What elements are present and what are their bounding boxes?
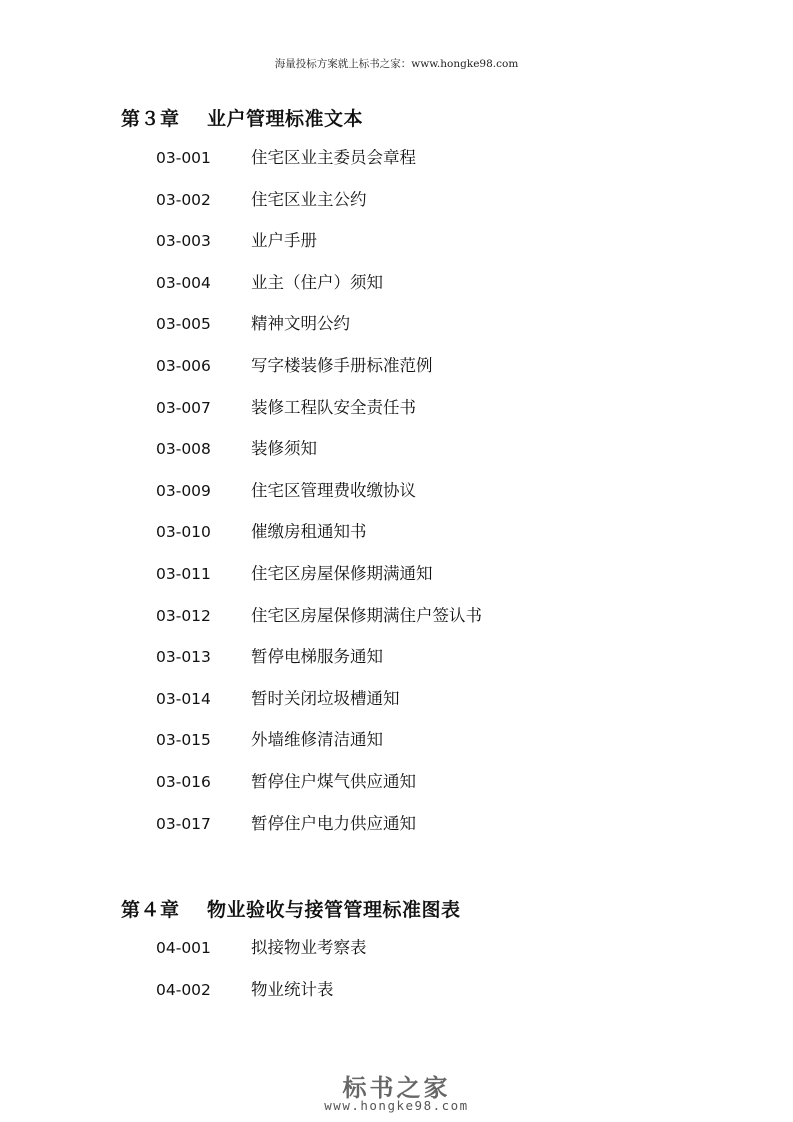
- list-item: 03-016暂停住户煤气供应通知: [156, 770, 416, 794]
- item-code: 03-007: [156, 396, 251, 420]
- item-title: 暂时关闭垃圾槽通知: [251, 689, 400, 708]
- item-code: 03-001: [156, 146, 251, 170]
- list-item: 03-006写字楼装修手册标准范例: [156, 354, 433, 378]
- chapter-number: 第３章: [121, 104, 207, 131]
- item-title: 住宅区房屋保修期满通知: [251, 564, 433, 583]
- list-item: 03-008装修须知: [156, 437, 317, 461]
- list-item: 04-002物业统计表: [156, 978, 334, 1002]
- item-code: 03-017: [156, 812, 251, 836]
- item-code: 03-002: [156, 188, 251, 212]
- list-item: 03-013暂停电梯服务通知: [156, 645, 383, 669]
- item-code: 03-012: [156, 604, 251, 628]
- item-title: 写字楼装修手册标准范例: [251, 356, 433, 375]
- item-code: 03-005: [156, 312, 251, 336]
- item-title: 住宅区房屋保修期满住户签认书: [251, 606, 482, 625]
- item-title: 拟接物业考察表: [251, 938, 367, 957]
- item-code: 03-013: [156, 645, 251, 669]
- item-code: 03-003: [156, 229, 251, 253]
- list-item: 03-011住宅区房屋保修期满通知: [156, 562, 433, 586]
- item-code: 04-002: [156, 978, 251, 1002]
- item-title: 物业统计表: [251, 980, 334, 999]
- item-code: 03-010: [156, 520, 251, 544]
- item-title: 装修须知: [251, 439, 317, 458]
- page-header-watermark: 海量投标方案就上标书之家：www.hongke98.com: [0, 56, 793, 71]
- list-item: 03-002住宅区业主公约: [156, 188, 367, 212]
- item-title: 住宅区管理费收缴协议: [251, 481, 416, 500]
- list-item: 03-004业主（住户）须知: [156, 271, 383, 295]
- item-code: 03-011: [156, 562, 251, 586]
- list-item: 03-012住宅区房屋保修期满住户签认书: [156, 604, 482, 628]
- item-title: 精神文明公约: [251, 314, 350, 333]
- item-title: 催缴房租通知书: [251, 522, 367, 541]
- item-code: 03-015: [156, 728, 251, 752]
- item-title: 住宅区业主公约: [251, 190, 367, 209]
- item-title: 业主（住户）须知: [251, 273, 383, 292]
- item-title: 业户手册: [251, 231, 317, 250]
- item-code: 03-006: [156, 354, 251, 378]
- item-code: 03-009: [156, 479, 251, 503]
- chapter-title: 业户管理标准文本: [207, 108, 363, 130]
- item-code: 04-001: [156, 936, 251, 960]
- list-item: 03-010催缴房租通知书: [156, 520, 367, 544]
- item-title: 装修工程队安全责任书: [251, 398, 416, 417]
- item-title: 暂停住户电力供应通知: [251, 814, 416, 833]
- list-item: 03-005精神文明公约: [156, 312, 350, 336]
- list-item: 03-007装修工程队安全责任书: [156, 396, 416, 420]
- footer-url: www.hongke98.com: [0, 1098, 793, 1113]
- chapter-3-heading: 第３章业户管理标准文本: [121, 104, 363, 131]
- list-item: 03-009住宅区管理费收缴协议: [156, 479, 416, 503]
- list-item: 03-003业户手册: [156, 229, 317, 253]
- chapter-4-heading: 第４章物业验收与接管管理标准图表: [121, 895, 461, 922]
- chapter-title: 物业验收与接管管理标准图表: [207, 899, 461, 921]
- item-code: 03-014: [156, 687, 251, 711]
- list-item: 03-015外墙维修清洁通知: [156, 728, 383, 752]
- chapter-number: 第４章: [121, 895, 207, 922]
- item-title: 外墙维修清洁通知: [251, 730, 383, 749]
- item-title: 暂停住户煤气供应通知: [251, 772, 416, 791]
- list-item: 03-017暂停住户电力供应通知: [156, 812, 416, 836]
- item-title: 住宅区业主委员会章程: [251, 148, 416, 167]
- item-code: 03-008: [156, 437, 251, 461]
- item-code: 03-016: [156, 770, 251, 794]
- item-title: 暂停电梯服务通知: [251, 647, 383, 666]
- item-code: 03-004: [156, 271, 251, 295]
- list-item: 03-014暂时关闭垃圾槽通知: [156, 687, 400, 711]
- list-item: 03-001住宅区业主委员会章程: [156, 146, 416, 170]
- list-item: 04-001拟接物业考察表: [156, 936, 367, 960]
